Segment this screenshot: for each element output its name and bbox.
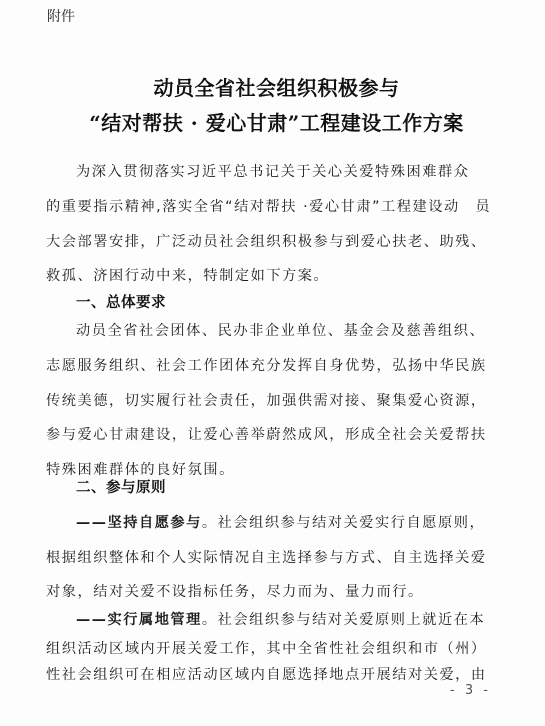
document-title-line-1: 动员全省社会组织积极参与	[4, 72, 545, 101]
section-heading-general-requirements: 一、总体要求	[76, 291, 166, 312]
principle-voluntary-text: 。社会组织参与结对关爱实行自愿原则，	[202, 515, 485, 531]
principle-voluntary-first-line: ——坚持自愿参与。社会组织参与结对关爱实行自愿原则，	[76, 512, 476, 532]
document-title-line-2: “结对帮扶 · 爱心甘肃”工程建设工作方案	[4, 107, 545, 136]
intro-line: 为深入贯彻落实习近平总书记关于关心关爱特殊困难群众	[76, 161, 476, 181]
principle-territorial-first-line: ——实行属地管理。社会组织参与结对关爱原则上就近在本	[76, 609, 476, 629]
principle-voluntary-line: 对象，结对关爱不设指标任务，尽力而为、量力而行。	[46, 581, 476, 601]
principle-territorial-text: 。社会组织参与结对关爱原则上就近在本	[202, 612, 485, 628]
principle-voluntary-line: 根据组织整体和个人实际情况自主选择参与方式、自主选择关爱	[46, 547, 476, 567]
section-heading-participation-principles: 二、参与原则	[76, 476, 166, 497]
principle-voluntary-title: ——坚持自愿参与	[76, 515, 202, 531]
section1-line: 志愿服务组织、社会工作团体充分发挥自身优势，弘扬中华民族	[46, 355, 476, 375]
attachment-label: 附件	[47, 6, 75, 26]
principle-territorial-title: ——实行属地管理	[76, 612, 202, 628]
intro-line: 大会部署安排，广泛动员社会组织积极参与到爱心扶老、助残、	[46, 231, 476, 251]
page-number: - 3 -	[450, 683, 491, 698]
intro-line: 的重要指示精神,落实全省“结对帮扶 ·爱心甘肃”工程建设动 员	[46, 196, 476, 216]
section1-line: 参与爱心甘肃建设，让爱心善举蔚然成风，形成全社会关爱帮扶	[46, 424, 476, 444]
section1-line: 动员全省社会团体、民办非企业单位、基金会及慈善组织、	[76, 320, 476, 340]
document-page: 附件 动员全省社会组织积极参与 “结对帮扶 · 爱心甘肃”工程建设工作方案 为深…	[0, 0, 545, 726]
principle-territorial-line: 组织活动区域内开展关爱工作，其中全省性社会组织和市（州）	[46, 638, 476, 658]
principle-territorial-line: 性社会组织可在相应活动区域内自愿选择地点开展结对关爱，由	[46, 664, 476, 684]
section1-line: 传统美德，切实履行社会责任，加强供需对接、聚集爱心资源，	[46, 390, 476, 410]
intro-line: 救孤、济困行动中来，特制定如下方案。	[46, 265, 476, 285]
